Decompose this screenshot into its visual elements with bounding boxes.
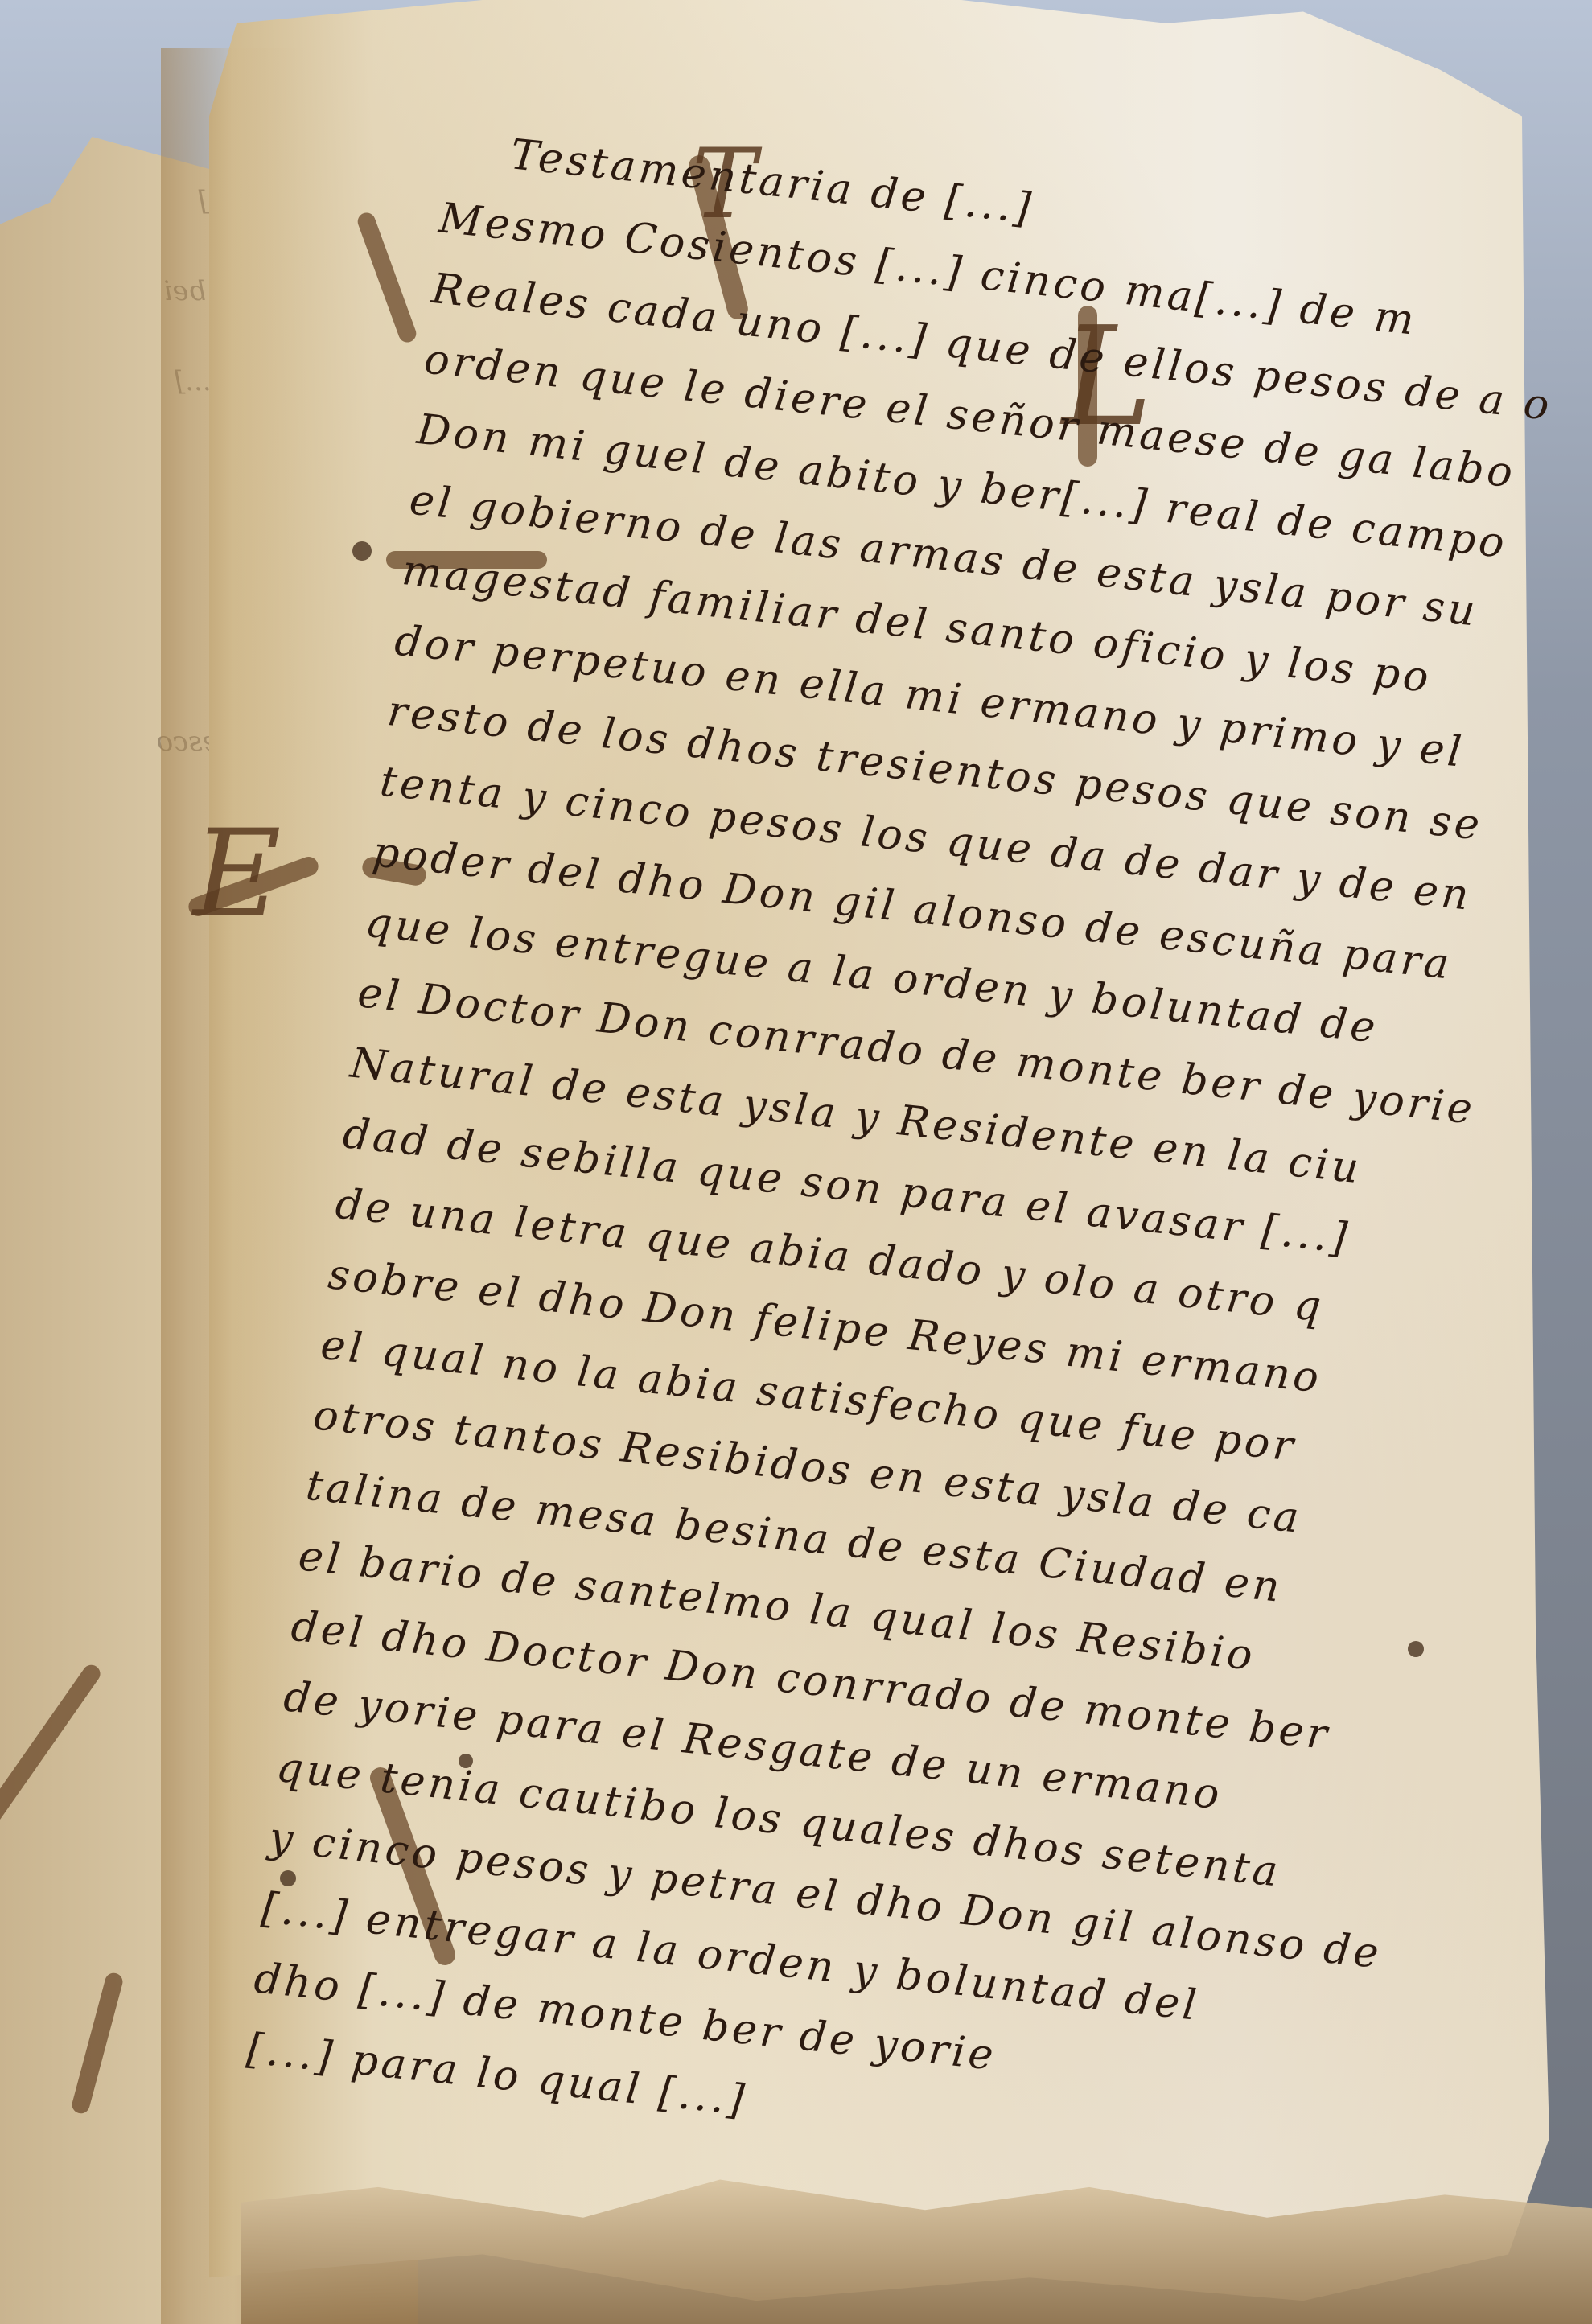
margin-letter: E <box>193 804 282 944</box>
wormhole <box>352 541 372 561</box>
manuscript-text: Testamentaria de [...] Mesmo Cosientos [… <box>243 113 1586 2203</box>
